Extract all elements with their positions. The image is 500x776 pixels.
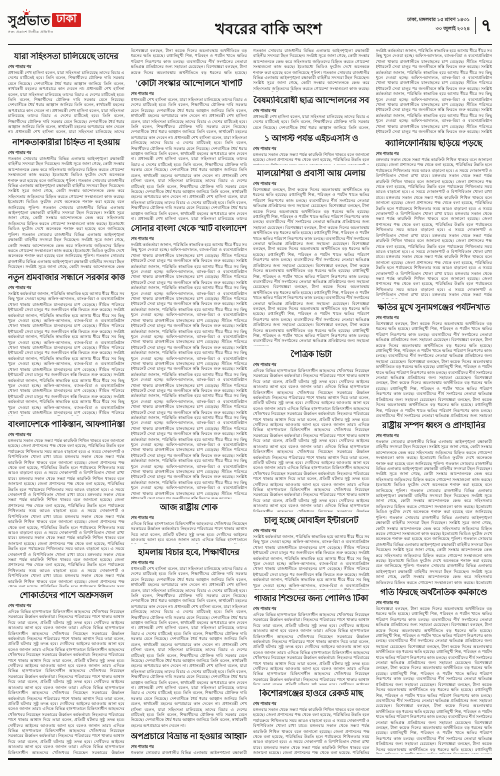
dateline: ঢাকা, মঙ্গলবার ১৫ শ্রাবণ ১৪৩১ ৩০ জুলাই ২…: [407, 17, 492, 34]
article-body-text: প্রধানমন্ত্রী শেখ হাসিনা বলেন, যারা সহিং…: [131, 566, 248, 728]
page-title: খবরের বাকি অংশ: [215, 18, 322, 43]
article-headline: হামলায় বিচার হবে, শিক্ষার্থীদের: [131, 548, 248, 558]
article-headline: গাজার শিশুদের জন্য পোলিও টিকা: [253, 594, 370, 604]
article-headline: নতুন শ্রমবাজার সন্ধানে সরকার কাজ: [8, 273, 125, 283]
masthead-brand-box: ঢাকা: [52, 13, 80, 27]
continued-from-label: শেষ পাতার পর: [253, 528, 370, 533]
article-headline: গতি ফিরছে অর্থনৈতিক কর্মকাণ্ডে: [376, 588, 493, 598]
article-body-text: বিশেষজ্ঞরা বলছেন, টানা কয়েক দিনের অচলাব…: [131, 48, 248, 75]
article-body-text: এদিকে বিভিন্ন হাসপাতালে চিকিৎসাধীন আহতদে…: [253, 368, 370, 512]
article-headline: কিশোরগঞ্জের হাওরে রেকর্ড মাছ: [253, 689, 370, 699]
sun-icon: [22, 9, 31, 15]
continued-from-label: শেষ পাতার পর: [253, 108, 370, 113]
article-headline: অপপ্রচারে বিভ্রান্ত না হওয়ার আহ্বান: [131, 732, 248, 742]
page-number: ৭: [481, 17, 492, 34]
masthead-brand-text: সুপ্রভাত: [8, 14, 50, 27]
article-headline: বৈষম্যবিরোধী ছাত্র আন্দোলনের সব: [253, 96, 370, 106]
article-body-text: বিশেষজ্ঞরা বলছেন, টানা কয়েক দিনের অচলাব…: [376, 606, 493, 754]
continued-from-label: শেষ পাতার পর: [253, 701, 370, 706]
article-headline: চালু হচ্ছে মোবাইল ইন্টারনেট: [253, 516, 370, 526]
article-body-text: সংশ্লিষ্ট কর্মকর্তারা জানান, পরিস্থিতি স…: [131, 242, 248, 499]
continued-from-label: শেষ পাতার পর: [8, 64, 125, 69]
article-headline: বাংলাদেশকে পাকিস্তান, আফগানিস্তান: [8, 420, 125, 430]
continued-from-label: শেষ পাতার পর: [253, 606, 370, 611]
dateline-line2: ৩০ জুলাই ২০২৪: [407, 26, 470, 35]
dateline-divider: [475, 17, 476, 34]
article-body-text: মঙ্গলবার সকাল থেকে সন্ধ্যা পর্যন্ত কারফি…: [376, 157, 493, 299]
article-headline: ১ আগস্ট পর্যন্ত এইচএসসি ও: [253, 134, 370, 144]
continued-from-label: শেষ পাতার পর: [376, 433, 493, 438]
article-body-text: প্রধানমন্ত্রী শেখ হাসিনা বলেন, যারা সহিং…: [131, 97, 248, 220]
article-body-text: সংশ্লিষ্ট কর্মকর্তারা জানান, পরিস্থিতি স…: [376, 48, 493, 135]
article-headline: ক্ষতির মুখে সুনামগঞ্জের পর্যটনখাত: [376, 303, 493, 313]
article-body-text: গতকাল সোমবার রাজধানীর বিভিন্ন এলাকায় আই…: [253, 48, 370, 92]
article-body-text: মঙ্গলবার সকাল থেকে সন্ধ্যা পর্যন্ত কারফি…: [253, 152, 370, 165]
masthead: সুপ্রভাত ঢাকা সত্য প্রকাশে নির্ভীক প্রতি…: [8, 13, 130, 36]
continued-from-label: শেষ পাতার পর: [131, 91, 248, 96]
article-body-text: গতকাল সোমবার রাজধানীর বিভিন্ন এলাকায় আই…: [8, 156, 125, 269]
continued-from-label: শেষ পাতার পর: [131, 560, 248, 565]
article-headline: মালয়েশিয়া ও প্রবাসী আয় মেলায়: [253, 169, 370, 179]
continued-from-label: শেষ পাতার পর: [8, 150, 125, 155]
article-headline: সোনার বাংলা থেকে স্মার্ট বাংলাদেশ: [131, 224, 248, 234]
continued-from-label: শেষ পাতার পর: [253, 181, 370, 186]
masthead-tagline: সত্য প্রকাশে নির্ভীক প্রতিদিন: [8, 29, 130, 36]
continued-from-label: শেষ পাতার পর: [8, 432, 125, 437]
news-column-4: সংশ্লিষ্ট কর্মকর্তারা জানান, পরিস্থিতি স…: [376, 48, 493, 754]
continued-from-label: শেষ পাতার পর: [376, 151, 493, 156]
article-headline: আজ রাষ্ট্রীয় শোক: [131, 503, 248, 513]
footer-rule: [8, 758, 492, 760]
continued-from-label: শেষ পাতার পর: [131, 236, 248, 241]
article-body-text: এদিকে বিভিন্ন হাসপাতালে চিকিৎসাধীন আহতদে…: [8, 609, 125, 754]
article-body-text: প্রধানমন্ত্রী শেখ হাসিনা বলেন, যারা সহিং…: [253, 114, 370, 130]
header-rule: [8, 44, 492, 45]
continued-from-label: শেষ পাতার পর: [131, 515, 248, 520]
article-body-text: সংশ্লিষ্ট কর্মকর্তারা জানান, পরিস্থিতি স…: [8, 291, 125, 416]
article-body-text: বিশেষজ্ঞরা বলছেন, টানা কয়েক দিনের অচলাব…: [253, 187, 370, 346]
news-column-3: গতকাল সোমবার রাজধানীর বিভিন্ন এলাকায় আই…: [253, 48, 370, 754]
columns-container: যারা সহিংসতা চালিয়েছে তাদেরশেষ পাতার পর…: [8, 48, 492, 754]
article-body-text: এদিকে বিভিন্ন হাসপাতালে চিকিৎসাধীন আহতদে…: [253, 612, 370, 685]
dateline-line1: ঢাকা, মঙ্গলবার ১৫ শ্রাবণ ১৪৩১: [407, 17, 470, 26]
continued-from-label: শেষ পাতার পর: [376, 315, 493, 320]
article-headline: শোকার্তদের পাশে অশ্রুসজল: [8, 591, 125, 601]
continued-from-label: শেষ পাতার পর: [253, 362, 370, 367]
newspaper-page: সুপ্রভাত ঢাকা সত্য প্রকাশে নির্ভীক প্রতি…: [0, 0, 500, 776]
article-body-text: বিশেষজ্ঞরা বলছেন, টানা কয়েক দিনের অচলাব…: [376, 321, 493, 417]
news-column-1: যারা সহিংসতা চালিয়েছে তাদেরশেষ পাতার পর…: [8, 48, 125, 754]
page-header: সুপ্রভাত ঢাকা সত্য প্রকাশে নির্ভীক প্রতি…: [8, 13, 492, 42]
article-headline: পৈত্রিক ভিটা: [253, 350, 370, 360]
masthead-brand: সুপ্রভাত ঢাকা: [8, 13, 130, 27]
article-body-text: সংশ্লিষ্ট কর্মকর্তারা জানান, পরিস্থিতি স…: [253, 534, 370, 590]
news-column-2: বিশেষজ্ঞরা বলছেন, টানা কয়েক দিনের অচলাব…: [131, 48, 248, 754]
article-body-text: মঙ্গলবার সকাল থেকে সন্ধ্যা পর্যন্ত কারফি…: [253, 707, 370, 754]
article-headline: যারা সহিংসতা চালিয়েছে তাদের: [8, 52, 125, 62]
article-body-text: গতকাল সোমবার রাজধানীর বিভিন্ন এলাকায় আই…: [131, 750, 248, 754]
article-body-text: এদিকে বিভিন্ন হাসপাতালে চিকিৎসাধীন আহতদে…: [131, 521, 248, 544]
article-headline: নাশকতাকারীরা চিহ্নিত না হওয়ায়: [8, 138, 125, 148]
continued-from-label: শেষ পাতার পর: [376, 600, 493, 605]
article-body-text: মঙ্গলবার সকাল থেকে সন্ধ্যা পর্যন্ত কারফি…: [8, 438, 125, 587]
article-headline: 'কোটা সংস্কার আন্দোলনে খাপটি: [131, 79, 248, 89]
article-body-text: গতকাল সোমবার রাজধানীর বিভিন্ন এলাকায় আই…: [376, 439, 493, 584]
continued-from-label: শেষ পাতার পর: [131, 744, 248, 749]
article-headline: রাষ্ট্রীয় সম্পদ ধ্বংস ও প্রাণহানির: [376, 421, 493, 431]
continued-from-label: শেষ পাতার পর: [253, 146, 370, 151]
dateline-dates: ঢাকা, মঙ্গলবার ১৫ শ্রাবণ ১৪৩১ ৩০ জুলাই ২…: [407, 17, 470, 34]
continued-from-label: শেষ পাতার পর: [8, 285, 125, 290]
article-body-text: প্রধানমন্ত্রী শেখ হাসিনা বলেন, যারা সহিং…: [8, 70, 125, 134]
continued-from-label: শেষ পাতার পর: [8, 603, 125, 608]
article-headline: ক্যালিফোর্নিয়ায় ছড়িয়ে পড়ছে: [376, 139, 493, 149]
